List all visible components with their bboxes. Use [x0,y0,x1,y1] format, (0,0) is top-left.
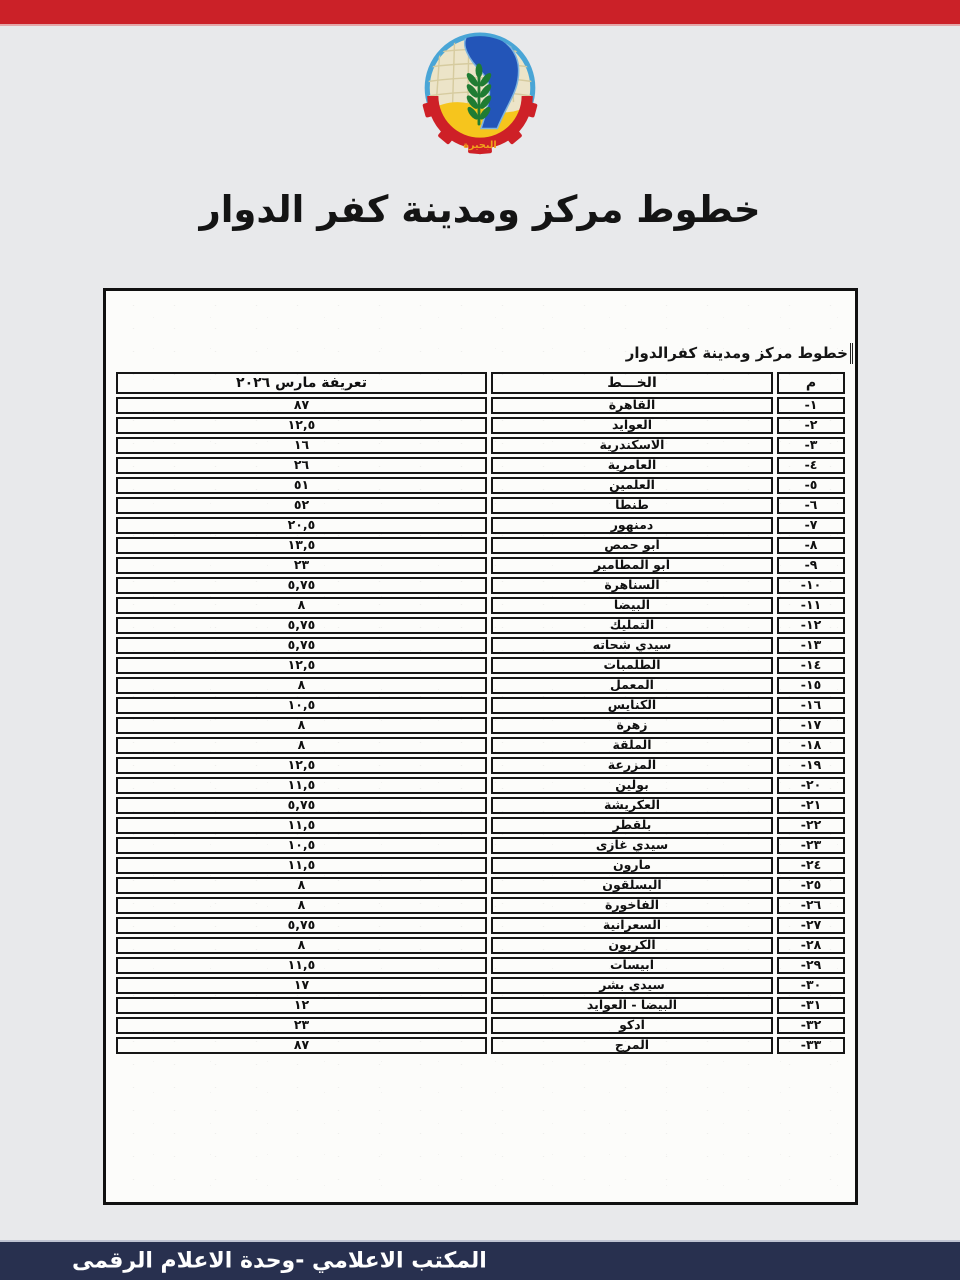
line-name-cell: سيدي بشر [491,977,773,994]
row-number-cell: ١٦- [777,697,845,714]
fare-value-cell: ٢٦ [116,457,487,474]
row-number-cell: ٢٢- [777,817,845,834]
table-row: ٢٦-الفاخورة٨ [116,897,845,914]
line-name-cell: البسلقون [491,877,773,894]
table-row: ٥-العلمين٥١ [116,477,845,494]
line-name-cell: دمنهور [491,517,773,534]
col-header-fare: تعريفة مارس ٢٠٢٦ [116,372,487,394]
table-caption: خطوط مركز ومدينة كفرالدوار [114,343,853,364]
table-row: ١٨-الملقة٨ [116,737,845,754]
row-number-cell: ١٧- [777,717,845,734]
table-row: ٢-العوايد١٢,٥ [116,417,845,434]
col-header-line: الخـــط [491,372,773,394]
row-number-cell: ٣٠- [777,977,845,994]
fare-value-cell: ٨ [116,597,487,614]
line-name-cell: العامرية [491,457,773,474]
line-name-cell: طنطا [491,497,773,514]
table-row: ٨-أبو حمص١٣,٥ [116,537,845,554]
row-number-cell: ١- [777,397,845,414]
line-name-cell: بولين [491,777,773,794]
row-number-cell: ٢- [777,417,845,434]
fare-value-cell: ١٠,٥ [116,837,487,854]
row-number-cell: ٢٩- [777,957,845,974]
fare-value-cell: ٥,٧٥ [116,917,487,934]
fare-value-cell: ١٢,٥ [116,757,487,774]
table-row: ٢٠-بولين١١,٥ [116,777,845,794]
fare-value-cell: ٥,٧٥ [116,617,487,634]
line-name-cell: المعمل [491,677,773,694]
header-row: م الخـــط تعريفة مارس ٢٠٢٦ [116,372,845,394]
table-row: ٢١-العكريشة٥,٧٥ [116,797,845,814]
fare-value-cell: ٨٧ [116,1037,487,1054]
fare-value-cell: ١٢,٥ [116,657,487,674]
fare-value-cell: ١١,٥ [116,777,487,794]
fare-value-cell: ١٧ [116,977,487,994]
row-number-cell: ٨- [777,537,845,554]
table-body: ١-القاهرة٨٧٢-العوايد١٢,٥٣-الاسكندرية١٦٤-… [116,397,845,1054]
table-row: ٧-دمنهور٢٠,٥ [116,517,845,534]
fare-value-cell: ٨ [116,937,487,954]
table-row: ٣-الاسكندرية١٦ [116,437,845,454]
row-number-cell: ٢٦- [777,897,845,914]
line-name-cell: ادكو [491,1017,773,1034]
fare-value-cell: ١١,٥ [116,817,487,834]
col-header-number: م [777,372,845,394]
table-row: ٢٤-مارون١١,٥ [116,857,845,874]
fare-value-cell: ٨ [116,877,487,894]
line-name-cell: مارون [491,857,773,874]
row-number-cell: ١٣- [777,637,845,654]
table-row: ١٣-سيدي شحاته٥,٧٥ [116,637,845,654]
table-row: ٣٠-سيدي بشر١٧ [116,977,845,994]
row-number-cell: ١٤- [777,657,845,674]
fare-value-cell: ٥١ [116,477,487,494]
table-row: ٢٩-ابيسات١١,٥ [116,957,845,974]
line-name-cell: أبو المطامير [491,557,773,574]
row-number-cell: ٣- [777,437,845,454]
row-number-cell: ١٥- [777,677,845,694]
row-number-cell: ٩- [777,557,845,574]
row-number-cell: ١٠- [777,577,845,594]
table-row: ١٩-المزرعة١٢,٥ [116,757,845,774]
footer-text: المكتب الاعلامي -وحدة الاعلام الرقمى [72,1249,487,1274]
fare-value-cell: ١٠,٥ [116,697,487,714]
fare-value-cell: ١٢,٥ [116,417,487,434]
fare-value-cell: ٢٣ [116,557,487,574]
table-row: ١-القاهرة٨٧ [116,397,845,414]
line-name-cell: سيدي غازى [491,837,773,854]
row-number-cell: ٣١- [777,997,845,1014]
table-header: م الخـــط تعريفة مارس ٢٠٢٦ [116,372,845,394]
fare-value-cell: ٨ [116,737,487,754]
table-row: ١٢-التمليك٥,٧٥ [116,617,845,634]
line-name-cell: القاهرة [491,397,773,414]
row-number-cell: ٢٣- [777,837,845,854]
table-row: ١٥-المعمل٨ [116,677,845,694]
beheira-governorate-logo: البحيرة [414,31,546,161]
line-name-cell: زهرة [491,717,773,734]
line-name-cell: الاسكندرية [491,437,773,454]
table-row: ٩-أبو المطامير٢٣ [116,557,845,574]
line-name-cell: التمليك [491,617,773,634]
fare-value-cell: ١١,٥ [116,957,487,974]
row-number-cell: ٢٨- [777,937,845,954]
table-row: ٢٧-السعرانية٥,٧٥ [116,917,845,934]
row-number-cell: ٢٠- [777,777,845,794]
line-name-cell: السعرانية [491,917,773,934]
line-name-cell: الفاخورة [491,897,773,914]
fare-value-cell: ١٦ [116,437,487,454]
table-row: ٣٣-المرج٨٧ [116,1037,845,1054]
fare-value-cell: ٨ [116,897,487,914]
row-number-cell: ١٨- [777,737,845,754]
page: { "title": "خطوط مركز ومدينة كفر الدوار"… [0,0,960,1280]
row-number-cell: ٢٤- [777,857,845,874]
line-name-cell: العلمين [491,477,773,494]
line-name-cell: ابيسات [491,957,773,974]
row-number-cell: ٦- [777,497,845,514]
line-name-cell: البيضا - العوايد [491,997,773,1014]
scanned-document: خطوط مركز ومدينة كفرالدوار م الخـــط تعر… [103,288,858,1205]
line-name-cell: الكنايس [491,697,773,714]
fare-value-cell: ٨٧ [116,397,487,414]
table-row: ١٦-الكنايس١٠,٥ [116,697,845,714]
top-red-stripe [0,0,960,26]
table-row: ٤-العامرية٢٦ [116,457,845,474]
line-name-cell: العكريشة [491,797,773,814]
line-name-cell: الكريون [491,937,773,954]
line-name-cell: البيضا [491,597,773,614]
table-row: ١٧-زهرة٨ [116,717,845,734]
page-title: خطوط مركز ومدينة كفر الدوار [0,188,960,231]
logo-label: البحيرة [463,140,496,151]
table-row: ٦-طنطا٥٢ [116,497,845,514]
line-name-cell: الطلمبات [491,657,773,674]
line-name-cell: أبو حمص [491,537,773,554]
table-row: ١١-البيضا٨ [116,597,845,614]
table-row: ٢٥-البسلقون٨ [116,877,845,894]
row-number-cell: ٤- [777,457,845,474]
line-name-cell: المزرعة [491,757,773,774]
fare-value-cell: ٢٠,٥ [116,517,487,534]
footer-bar: المكتب الاعلامي -وحدة الاعلام الرقمى [0,1242,960,1280]
table-row: ٢٣-سيدي غازى١٠,٥ [116,837,845,854]
fare-value-cell: ٨ [116,717,487,734]
fares-table: م الخـــط تعريفة مارس ٢٠٢٦ ١-القاهرة٨٧٢-… [112,369,849,1057]
logo-graphic: البحيرة [414,31,546,161]
table-row: ١٤-الطلمبات١٢,٥ [116,657,845,674]
line-name-cell: المرج [491,1037,773,1054]
fare-value-cell: ٥,٧٥ [116,577,487,594]
line-name-cell: السناهرة [491,577,773,594]
row-number-cell: ٢٥- [777,877,845,894]
fare-value-cell: ١٢ [116,997,487,1014]
row-number-cell: ٣٣- [777,1037,845,1054]
line-name-cell: بلقطر [491,817,773,834]
line-name-cell: سيدي شحاته [491,637,773,654]
row-number-cell: ٢٧- [777,917,845,934]
fare-value-cell: ١٣,٥ [116,537,487,554]
fare-value-cell: ٥٢ [116,497,487,514]
table-row: ٢٢-بلقطر١١,٥ [116,817,845,834]
line-name-cell: العوايد [491,417,773,434]
row-number-cell: ١٢- [777,617,845,634]
line-name-cell: الملقة [491,737,773,754]
row-number-cell: ٧- [777,517,845,534]
fare-value-cell: ١١,٥ [116,857,487,874]
fare-value-cell: ٥,٧٥ [116,797,487,814]
table-row: ٢٨-الكريون٨ [116,937,845,954]
fare-value-cell: ٥,٧٥ [116,637,487,654]
row-number-cell: ٣٢- [777,1017,845,1034]
table-row: ٣٢-ادكو٢٣ [116,1017,845,1034]
row-number-cell: ١٩- [777,757,845,774]
row-number-cell: ٥- [777,477,845,494]
fare-value-cell: ٨ [116,677,487,694]
fare-value-cell: ٢٣ [116,1017,487,1034]
table-row: ١٠-السناهرة٥,٧٥ [116,577,845,594]
table-row: ٣١-البيضا - العوايد١٢ [116,997,845,1014]
row-number-cell: ١١- [777,597,845,614]
row-number-cell: ٢١- [777,797,845,814]
